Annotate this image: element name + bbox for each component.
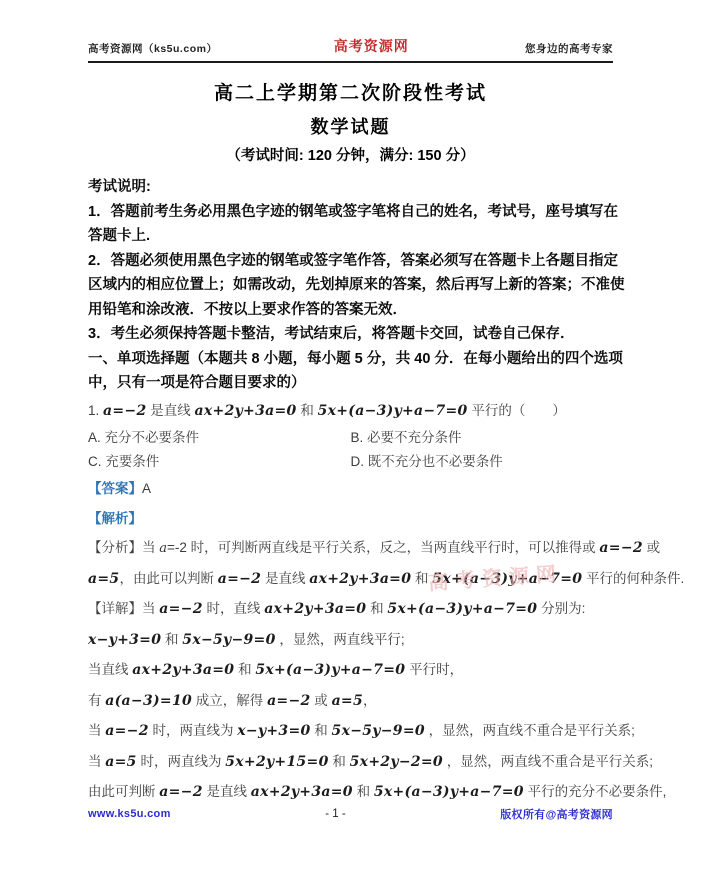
text-run: A. 充分不必要条件 [88,426,351,450]
text-run: 当 [88,754,105,769]
math-expression: 5x+(a−3)y+a−7=0 [432,571,582,587]
text-run: 和 [366,601,387,616]
text-run: 和 [311,723,332,738]
text-line: 由此可判断 a=−2 是直线 ax+2y+3a=0 和 5x+(a−3)y+a−… [88,777,613,808]
text-line: 当直线 ax+2y+3a=0 和 5x+(a−3)y+a−7=0 平行时， [88,655,613,686]
text-run: 由此可判断 [88,784,159,799]
header-site-name: 高考资源网（ks5u.com） [88,41,217,56]
math-expression: 5x−5y−9=0 [182,632,275,648]
text-run: 当 [88,723,105,738]
document-title: 高二上学期第二次阶段性考试 [88,82,613,106]
text-line: 【分析】当 a=-2 时，可判断两直线是平行关系，反之，当两直线平行时，可以推得… [88,533,613,564]
text-run: ，显然，两直线平行; [276,632,405,647]
math-expression: a=−2 [159,601,202,617]
text-run: 和 [411,571,432,586]
text-run: 时，两直线为 [137,754,226,769]
math-expression: 5x+(a−3)y+a−7=0 [318,403,468,419]
text-run: 答题卡上. [88,228,150,244]
text-run: 【分析】当 [88,540,159,555]
text-run: ，显然，两直线不重合是平行关系; [443,754,653,769]
text-run: ，由此可以判断 [119,571,217,586]
page-number: - 1 - [325,808,345,820]
text-line: 中，只有一项是符合题目要求的） [88,371,613,396]
math-expression: a=−2 [103,403,146,419]
text-run: 1. [88,403,103,418]
footer-site-link[interactable]: www.ks5u.com [88,808,171,820]
math-expression: a=5 [332,693,363,709]
text-line: 【答案】A [88,474,613,504]
text-run: 和 [297,403,318,418]
header-slogan: 您身边的高考专家 [525,41,613,56]
text-line: x−y+3=0 和 5x−5y−9=0 ，显然，两直线平行; [88,625,613,656]
text-line: 答题卡上. [88,224,613,249]
text-run: =-2 时，可判断两直线是平行关系，反之，当两直线平行时，可以推得或 [167,540,599,555]
math-expression: ax+2y+3a=0 [264,601,366,617]
text-run: 平行时， [405,662,463,677]
text-line: 1. a=−2 是直线 ax+2y+3a=0 和 5x+(a−3)y+a−7=0… [88,396,613,427]
text-run: 和 [161,632,182,647]
text-run: 时，直线 [203,601,265,616]
footer-copyright-link[interactable]: 版权所有@高考资源网 [500,806,613,822]
math-expression: 5x+2y+15=0 [225,754,328,770]
math-expression: 5x+(a−3)y+a−7=0 [255,662,405,678]
page-header: 高考资源网（ks5u.com） 高考资源网 您身边的高考专家 [88,36,613,63]
math-expression: 5x+(a−3)y+a−7=0 [374,784,524,800]
math-expression: a=−2 [218,571,261,587]
exam-paper-page: 高考资源网（ks5u.com） 高考资源网 您身边的高考专家 高二上学期第二次阶… [0,0,701,877]
text-run: C. 充要条件 [88,450,351,474]
math-expression: a [159,541,167,556]
text-line: 当 a=−2 时，两直线为 x−y+3=0 和 5x−5y−9=0 ，显然，两直… [88,716,613,747]
text-run: 或 [643,540,660,555]
math-expression: a=−2 [159,784,202,800]
text-line: 【详解】当 a=−2 时，直线 ax+2y+3a=0 和 5x+(a−3)y+a… [88,594,613,625]
math-expression: ax+2y+3a=0 [195,403,297,419]
text-line: 【解析】 [88,504,613,534]
text-run: 是直线 [261,571,309,586]
text-run: 区域内的相应位置上；如需改动，先划掉原来的答案，然后再写上新的答案；不准使 [88,277,625,293]
text-run: 或 [311,693,332,708]
text-run: D. 既不充分也不必要条件 [351,450,614,474]
exam-info: （考试时间: 120 分钟，满分: 150 分） [88,146,613,167]
text-line: 一、单项选择题（本题共 8 小题，每小题 5 分，共 40 分．在每小题给出的四… [88,347,613,372]
text-line: 有 a(a−3)=10 成立，解得 a=−2 或 a=5， [88,686,613,717]
text-run: 是直线 [203,784,251,799]
text-lines: 考试说明:1．答题前考生务必用黑色字迹的钢笔或签字笔将自己的姓名，考试号，座号填… [88,175,613,808]
text-line: 用铅笔和涂改液．不按以上要求作答的答案无效． [88,298,613,323]
text-line: 2．答题必须使用黑色字迹的钢笔或签字笔作答，答案必须写在答题卡上各题目指定 [88,249,613,274]
math-expression: a=−2 [105,723,148,739]
text-line: 当 a=5 时，两直线为 5x+2y+15=0 和 5x+2y−2=0 ，显然，… [88,747,613,778]
text-line: 1．答题前考生务必用黑色字迹的钢笔或签字笔将自己的姓名，考试号，座号填写在 [88,200,613,225]
math-expression: x−y+3=0 [237,723,310,739]
document-body: 高二上学期第二次阶段性考试 数学试题 （考试时间: 120 分钟，满分: 150… [88,60,613,808]
text-run: 中，只有一项是符合题目要求的） [88,375,306,391]
site-logo: 高考资源网 [334,36,409,56]
text-run: ， [363,693,377,708]
text-run: 1．答题前考生务必用黑色字迹的钢笔或签字笔将自己的姓名，考试号，座号填写在 [88,204,618,220]
text-run: B. 必要不充分条件 [351,426,614,450]
text-line: 区域内的相应位置上；如需改动，先划掉原来的答案，然后再写上新的答案；不准使 [88,273,613,298]
text-run: 是直线 [147,403,195,418]
math-expression: a=−2 [267,693,310,709]
math-expression: ax+2y+3a=0 [309,571,411,587]
math-expression: 5x−5y−9=0 [332,723,425,739]
document-subtitle: 数学试题 [88,115,613,139]
text-run: 分别为: [537,601,585,616]
section-label: 【解析】 [88,511,142,526]
text-run: 有 [88,693,105,708]
text-run: ，显然，两直线不重合是平行关系; [425,723,635,738]
page-footer: www.ks5u.com - 1 - 版权所有@高考资源网 [88,806,613,822]
math-expression: 5x+2y−2=0 [350,754,443,770]
text-run: 成立，解得 [192,693,267,708]
text-run: 平行的充分不必要条件, [524,784,667,799]
math-expression: ax+2y+3a=0 [251,784,353,800]
text-line: C. 充要条件D. 既不充分也不必要条件 [88,450,613,474]
text-run: 和 [234,662,255,677]
text-run: 平行的何种条件. [582,571,684,586]
math-expression: a=−2 [599,540,642,556]
math-expression: x−y+3=0 [88,632,161,648]
text-line: A. 充分不必要条件B. 必要不充分条件 [88,426,613,450]
text-line: 3．考生必须保持答题卡整洁，考试结束后，将答题卡交回，试卷自己保存． [88,322,613,347]
text-run: 【详解】当 [88,601,159,616]
text-run: 3．考生必须保持答题卡整洁，考试结束后，将答题卡交回，试卷自己保存． [88,326,575,342]
text-run: 一、单项选择题（本题共 8 小题，每小题 5 分，共 40 分．在每小题给出的四… [88,351,623,367]
text-run: 平行的（ ） [468,403,566,418]
text-line: a=5，由此可以判断 a=−2 是直线 ax+2y+3a=0 和 5x+(a−3… [88,564,613,595]
math-expression: a=5 [105,754,136,770]
math-expression: a=5 [88,571,119,587]
text-run: 和 [329,754,350,769]
text-run: 2．答题必须使用黑色字迹的钢笔或签字笔作答，答案必须写在答题卡上各题目指定 [88,253,618,269]
math-expression: a(a−3)=10 [105,693,192,709]
text-run: 当直线 [88,662,132,677]
text-run: 和 [353,784,374,799]
math-expression: ax+2y+3a=0 [132,662,234,678]
text-line: 考试说明: [88,175,613,200]
text-run: 时，两直线为 [149,723,238,738]
text-run: 用铅笔和涂改液．不按以上要求作答的答案无效． [88,302,407,318]
text-run: 考试说明: [88,179,151,195]
math-expression: 5x+(a−3)y+a−7=0 [387,601,537,617]
text-run: A [142,481,151,496]
section-label: 【答案】 [88,481,142,496]
